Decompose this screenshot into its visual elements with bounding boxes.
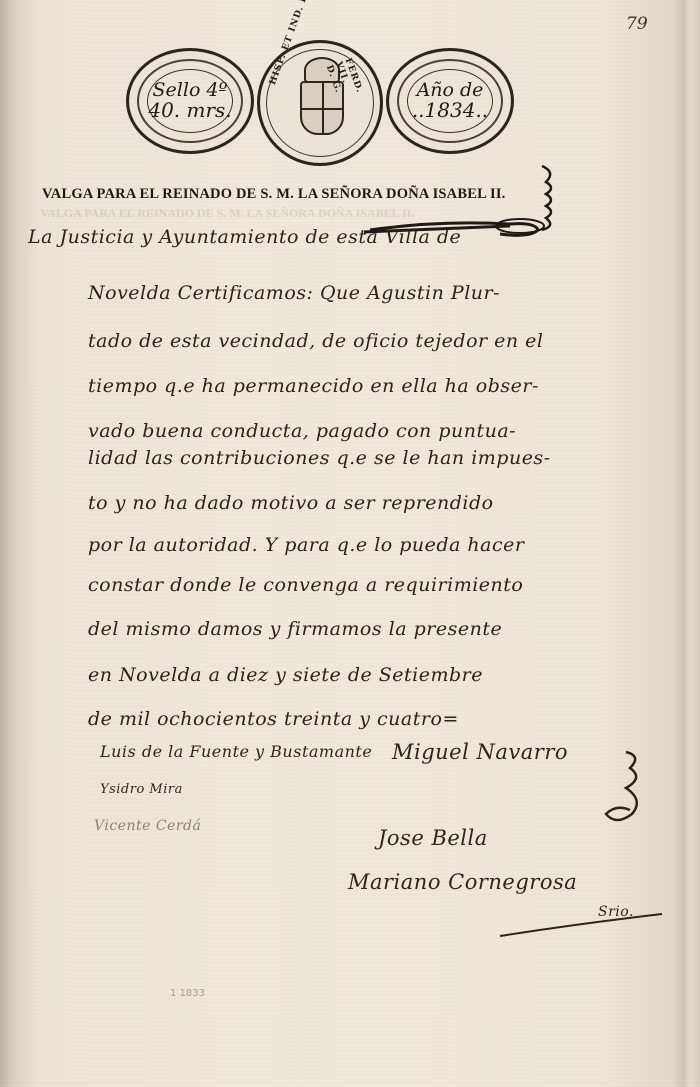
stamp-year: ..1834.. <box>412 100 488 121</box>
stamp-year-label: Año de <box>417 81 484 101</box>
tax-stamp: Sello 4º 40. mrs. HISP. ET IND. R. FERD.… <box>124 40 518 166</box>
signature-fuente-bustamante: Luis de la Fuente y Bustamante <box>100 742 372 761</box>
body-line-12: de mil ochocientos treinta y cuatro= <box>88 708 459 730</box>
stamp-oval-year: Año de ..1834.. <box>386 48 514 154</box>
signature-navarro: Miguel Navarro <box>392 740 568 764</box>
signature-cerda: Vicente Cerdá <box>94 818 201 834</box>
folio-number: 79 <box>626 14 648 34</box>
body-line-9: constar donde le convenga a requirimient… <box>88 574 523 596</box>
body-line-3: tado de esta vecindad, de oficio tejedor… <box>88 330 543 352</box>
body-line-4: tiempo q.e ha permanecido en ella ha obs… <box>88 375 539 397</box>
signature-mira: Ysidro Mira <box>100 782 183 797</box>
rubric-navarro-icon <box>596 748 646 828</box>
signature-bella: Jose Bella <box>378 826 488 850</box>
body-line-2: Novelda Certificamos: Que Agustin Plur- <box>88 282 500 304</box>
body-line-10: del mismo damos y firmamos la presente <box>88 618 502 640</box>
signature-cornegrosa: Mariano Cornegrosa <box>348 870 577 894</box>
stamp-price: 40. mrs. <box>148 100 231 121</box>
body-line-5: vado buena conducta, pagado con puntua- <box>88 420 516 442</box>
body-line-11: en Novelda a diez y siete de Setiembre <box>88 664 483 686</box>
body-line-7: to y no ha dado motivo a ser reprendido <box>88 492 494 514</box>
body-line-1: La Justicia y Ayuntamiento de esta Villa… <box>28 226 461 248</box>
stamp-oval-value: Sello 4º 40. mrs. <box>126 48 254 154</box>
rubric-secretary-icon <box>496 906 666 946</box>
royal-seal: HISP. ET IND. R. FERD. VII. D. G. <box>257 40 383 166</box>
stamp-class: Sello 4º <box>153 81 228 101</box>
body-line-6: lidad las contribuciones q.e se le han i… <box>88 447 551 469</box>
document-page: 79 Sello 4º 40. mrs. HISP. ET IND. R. FE… <box>0 0 700 1087</box>
faint-bottom-mark: 1 1833 <box>170 988 205 999</box>
body-line-8: por la autoridad. Y para q.e lo pueda ha… <box>88 534 524 556</box>
printed-heading-offset: VALGA PARA EL REINADO DE S. M. LA SEÑORA… <box>40 206 414 221</box>
